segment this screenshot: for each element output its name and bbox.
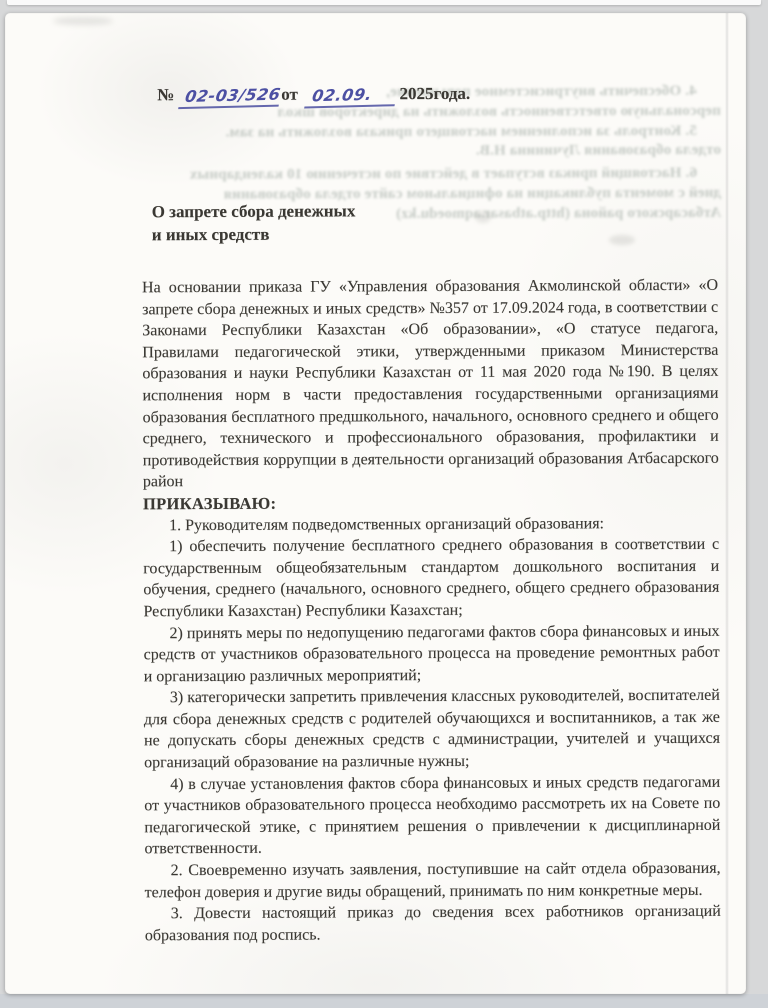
order-item-1-4: 4) в случае установления фактов сбора фи… bbox=[144, 771, 720, 860]
order-item-3: 3. Довести настоящий приказ до сведения … bbox=[145, 901, 721, 947]
scan-backdrop: 4. Обеспечить внутрисистемное повышение,… bbox=[0, 0, 768, 1008]
preamble-paragraph: На основании приказа ГУ «Управления обра… bbox=[142, 275, 719, 493]
scan-smudge bbox=[53, 17, 113, 25]
document-title: О запрете сбора денежных и иных средств bbox=[152, 198, 718, 246]
ot-label: от bbox=[281, 85, 298, 104]
order-item-1: 1. Руководителям подведомственных органи… bbox=[143, 512, 719, 536]
document-body: На основании приказа ГУ «Управления обра… bbox=[142, 275, 721, 947]
order-item-1-1: 1) обеспечить получение бесплатного сред… bbox=[143, 534, 719, 623]
title-line-1: О запрете сбора денежных bbox=[152, 198, 718, 223]
previous-page-edge bbox=[7, 0, 761, 5]
decree-word: ПРИКАЗЫВАЮ: bbox=[143, 491, 719, 515]
handwritten-doc-number: 02-03/526 bbox=[178, 85, 282, 110]
year-label: 2025года. bbox=[399, 84, 470, 103]
handwritten-date: 02.09. bbox=[304, 84, 398, 108]
number-sign-label: № bbox=[157, 85, 174, 104]
order-item-1-3: 3) категорически запретить привлечения к… bbox=[144, 685, 720, 774]
document-content: №02-03/526от02.09.2025года. О запрете сб… bbox=[141, 83, 721, 947]
scanner-mat bbox=[0, 994, 768, 1008]
title-line-2: и иных средств bbox=[152, 221, 718, 246]
document-page: 4. Обеспечить внутрисистемное повышение,… bbox=[5, 13, 746, 994]
order-item-2: 2. Своевременно изучать заявления, посту… bbox=[145, 858, 721, 904]
page-right-crease bbox=[725, 13, 729, 994]
doc-number-line: №02-03/526от02.09.2025года. bbox=[157, 83, 717, 107]
order-item-1-2: 2) принять меры по недопущению педагогам… bbox=[143, 620, 719, 687]
